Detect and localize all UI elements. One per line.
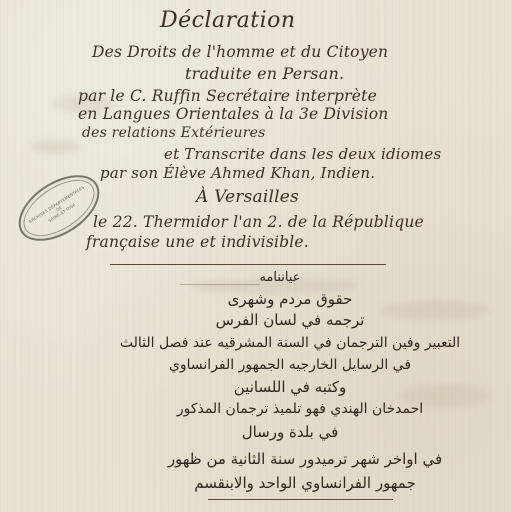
french-line-10: française une et indivisible. [86, 235, 309, 251]
persian-line-1: عیاننامه [200, 271, 360, 284]
persian-line-3: ترجمه في لسان الفرس [200, 313, 380, 328]
french-line-2: traduite en Persan. [185, 66, 344, 82]
persian-line-9: في اواخر شهر ترميدور سنة الثانية من ظهور [160, 452, 450, 467]
persian-line-7: احمدخان الهندي فهو تلميذ ترجمان المذكور [150, 402, 450, 416]
persian-line-8: في بلدة ورسال [220, 425, 360, 440]
french-line-5: des relations Extérieures [82, 126, 266, 140]
persian-line-2: حقوق مردم وشهری [200, 292, 380, 307]
persian-line-6: وكتبه في اللسانين [190, 380, 390, 395]
french-title: Déclaration [160, 10, 296, 32]
persian-line-10: جمهور الفرانساوي الواحد والابنقسم [170, 476, 440, 491]
french-line-7: par son Élève Ahmed Khan, Indien. [100, 166, 375, 181]
french-line-8: À Versailles [196, 189, 299, 206]
closing-rule [208, 499, 393, 500]
persian-line-5: في الرسايل الخارجيه الجمهور الفرانساوي [110, 358, 470, 372]
persian-line-4: التعبير وفين الترجمان في السنة المشرقيه … [90, 336, 490, 350]
french-line-6: et Transcrite dans les deux idiomes [164, 147, 441, 162]
manuscript-page: Déclaration Des Droits de l'homme et du … [0, 0, 512, 512]
french-line-9: le 22. Thermidor l'an 2. de la Républiqu… [93, 215, 424, 231]
french-line-4: en Langues Orientales à la 3e Division [78, 107, 388, 123]
faint-rule [180, 284, 260, 285]
french-line-3: par le C. Ruffin Secrétaire interprète [78, 89, 377, 105]
paper-stain [30, 140, 80, 154]
paper-stain [380, 300, 490, 320]
french-line-1: Des Droits de l'homme et du Citoyen [92, 45, 388, 61]
section-divider-rule [110, 264, 386, 265]
